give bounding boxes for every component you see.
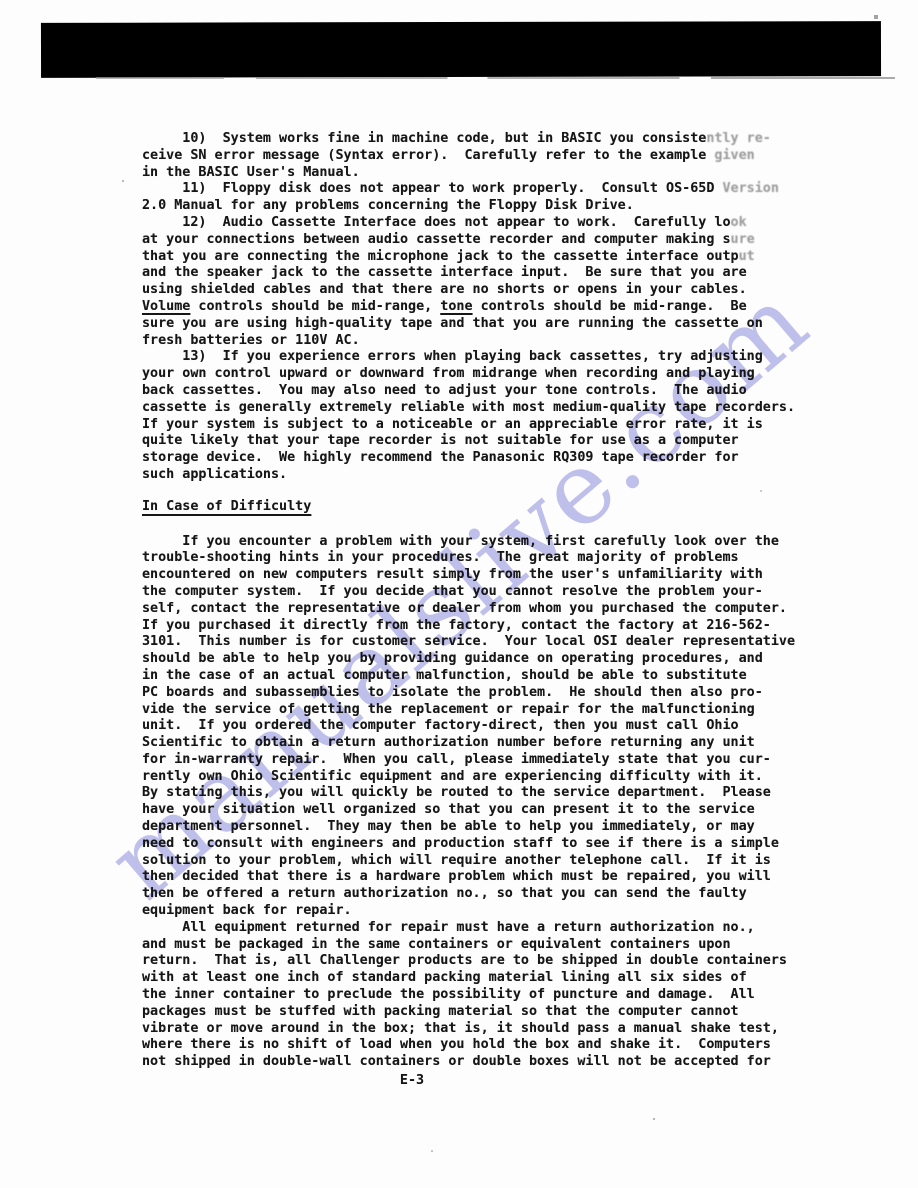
text-line: encountered on new computers result simp… [142,567,842,584]
text-line: your own control upward or downward from… [142,366,842,383]
text-line: 2.0 Manual for any problems concerning t… [142,198,842,215]
text-line: sure you are using high-quality tape and… [142,316,842,333]
text-line: storage device. We highly recommend the … [142,450,842,467]
text-line: department personnel. They may then be a… [142,819,842,836]
faded-text: ure [731,232,755,247]
text-line: the inner container to preclude the poss… [142,987,842,1004]
faded-text: ut [739,249,755,264]
text-line: should be able to help you by providing … [142,651,842,668]
page-number: E-3 [142,1073,682,1090]
text-line: such applications. [142,467,842,484]
text-line: vibrate or move around in the box; that … [142,1021,842,1038]
text-line: By stating this, you will quickly be rou… [142,785,842,802]
text-line: cassette is generally extremely reliable… [142,400,842,417]
text-line: If you purchased it directly from the fa… [142,618,842,635]
text-line: in the BASIC User's Manual. [142,165,842,182]
redaction-bar [41,21,881,78]
text-line: If you encounter a problem with your sys… [142,534,842,551]
text-line: PC boards and subassemblies to isolate t… [142,685,842,702]
section-heading: In Case of Difficulty [142,499,842,516]
document-body: 10) System works fine in machine code, b… [142,131,842,1090]
text-line: trouble-shooting hints in your procedure… [142,550,842,567]
text-line: need to consult with engineers and produ… [142,836,842,853]
text-line: and must be packaged in the same contain… [142,937,842,954]
text-line: vide the service of getting the replacem… [142,702,842,719]
text-line: return. That is, all Challenger products… [142,953,842,970]
text-line: quite likely that your tape recorder is … [142,433,842,450]
text-line: Volume controls should be mid-range, ton… [142,299,842,316]
difficulty-paragraphs: If you encounter a problem with your sys… [142,534,842,1072]
text-line: If your system is subject to a noticeabl… [142,417,842,434]
text-line: 12) Audio Cassette Interface does not ap… [142,215,842,232]
text-line: then decided that there is a hardware pr… [142,869,842,886]
text-line: solution to your problem, which will req… [142,853,842,870]
text-line: unit. If you ordered the computer factor… [142,718,842,735]
faded-text: ok [731,215,747,230]
faded-text: given [714,148,754,163]
text-line: that you are connecting the microphone j… [142,249,842,266]
text-line: at your connections between audio casset… [142,232,842,249]
text-line: have your situation well organized so th… [142,802,842,819]
text-line: Scientific to obtain a return authorizat… [142,735,842,752]
faded-text: Version [722,181,778,196]
text-line: using shielded cables and that there are… [142,282,842,299]
troubleshooting-items: 10) System works fine in machine code, b… [142,131,842,484]
scanned-page: manualslive.com 10) System works fine in… [0,0,918,1188]
text-line: with at least one inch of standard packi… [142,970,842,987]
underlined-word: Volume [142,299,190,314]
text-line: back cassettes. You may also need to adj… [142,383,842,400]
underlined-word: tone [440,299,472,314]
faded-text: ntly re- [706,131,771,146]
text-line: 3101. This number is for customer servic… [142,634,842,651]
text-line: packages must be stuffed with packing ma… [142,1004,842,1021]
scan-smudge-line [96,77,895,79]
text-line: in the case of an actual computer malfun… [142,668,842,685]
text-line: 11) Floppy disk does not appear to work … [142,181,842,198]
text-line: for in-warranty repair. When you call, p… [142,752,842,769]
text-line: self, contact the representative or deal… [142,601,842,618]
text-line: fresh batteries or 110V AC. [142,333,842,350]
text-line: All equipment returned for repair must h… [142,920,842,937]
text-line: ceive SN error message (Syntax error). C… [142,148,842,165]
text-line: 10) System works fine in machine code, b… [142,131,842,148]
scan-noise-specks [0,0,2,2]
text-line: equipment back for repair. [142,903,842,920]
text-line: rently own Ohio Scientific equipment and… [142,769,842,786]
text-line: not shipped in double-wall containers or… [142,1054,842,1071]
text-line: 13) If you experience errors when playin… [142,349,842,366]
text-line: and the speaker jack to the cassette int… [142,265,842,282]
text-line: the computer system. If you decide that … [142,584,842,601]
text-line: where there is no shift of load when you… [142,1037,842,1054]
text-line: then be offered a return authorization n… [142,886,842,903]
